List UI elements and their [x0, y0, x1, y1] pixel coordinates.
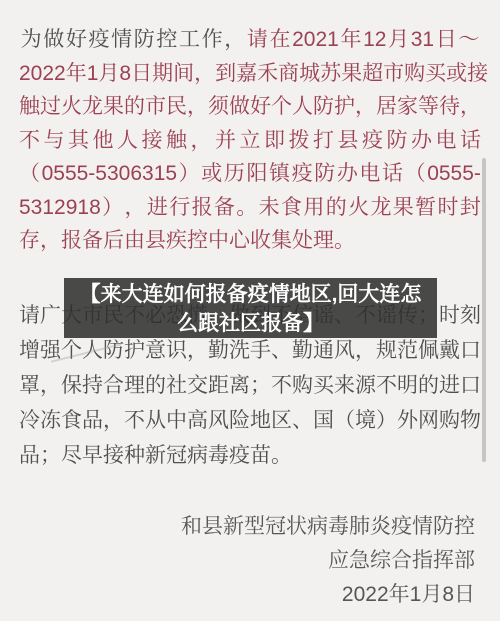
- notice-line: 不与其他人接触，并立即拨打县疫防办电话: [19, 124, 481, 158]
- notice-line: 存，报备后由县疾控中心收集处理。: [19, 224, 481, 258]
- notice-line-phone: （0555-5306315）或历阳镇疫防办电话（0555-: [19, 157, 481, 191]
- signature-org-line: 应急综合指挥部: [19, 544, 475, 578]
- notice-signature: 和县新型冠状病毒肺炎疫情防控 应急综合指挥部 2022年1月8日: [19, 510, 481, 612]
- signature-date: 2022年1月8日: [19, 578, 475, 612]
- notice-paragraph-instructions: 为做好疫情防控工作，请在2021年12月31日～ 2022年1月8日期间，到嘉禾…: [19, 23, 481, 258]
- notice-line-phone: 5312918），进行报备。未食用的火龙果暂时封: [19, 191, 481, 225]
- notice-line: 2022年1月8日期间，到嘉禾商城苏果超市购买或接: [19, 57, 481, 91]
- notice-line: 为做好疫情防控工作，请在2021年12月31日～: [19, 23, 481, 57]
- overlay-caption-banner: 【来大连如何报备疫情地区,回大连怎 么跟社区报备】: [64, 278, 437, 338]
- notice-line: 罩，保持合理的社交距离；不购买来源不明的进口: [19, 368, 481, 403]
- signature-org-line: 和县新型冠状病毒肺炎疫情防控: [19, 510, 475, 544]
- overlay-caption-line: 【来大连如何报备疫情地区,回大连怎: [64, 280, 437, 309]
- scrollbar-thumb[interactable]: [482, 158, 486, 462]
- notice-line: 品；尽早接种新冠病毒疫苗。: [19, 438, 481, 473]
- notice-line: 触过火龙果的市民，须做好个人防护，居家等待，: [19, 90, 481, 124]
- notice-line: 冷冻食品，不从中高风险地区、国（境）外网购物: [19, 403, 481, 438]
- overlay-caption-line: 么跟社区报备】: [64, 309, 437, 338]
